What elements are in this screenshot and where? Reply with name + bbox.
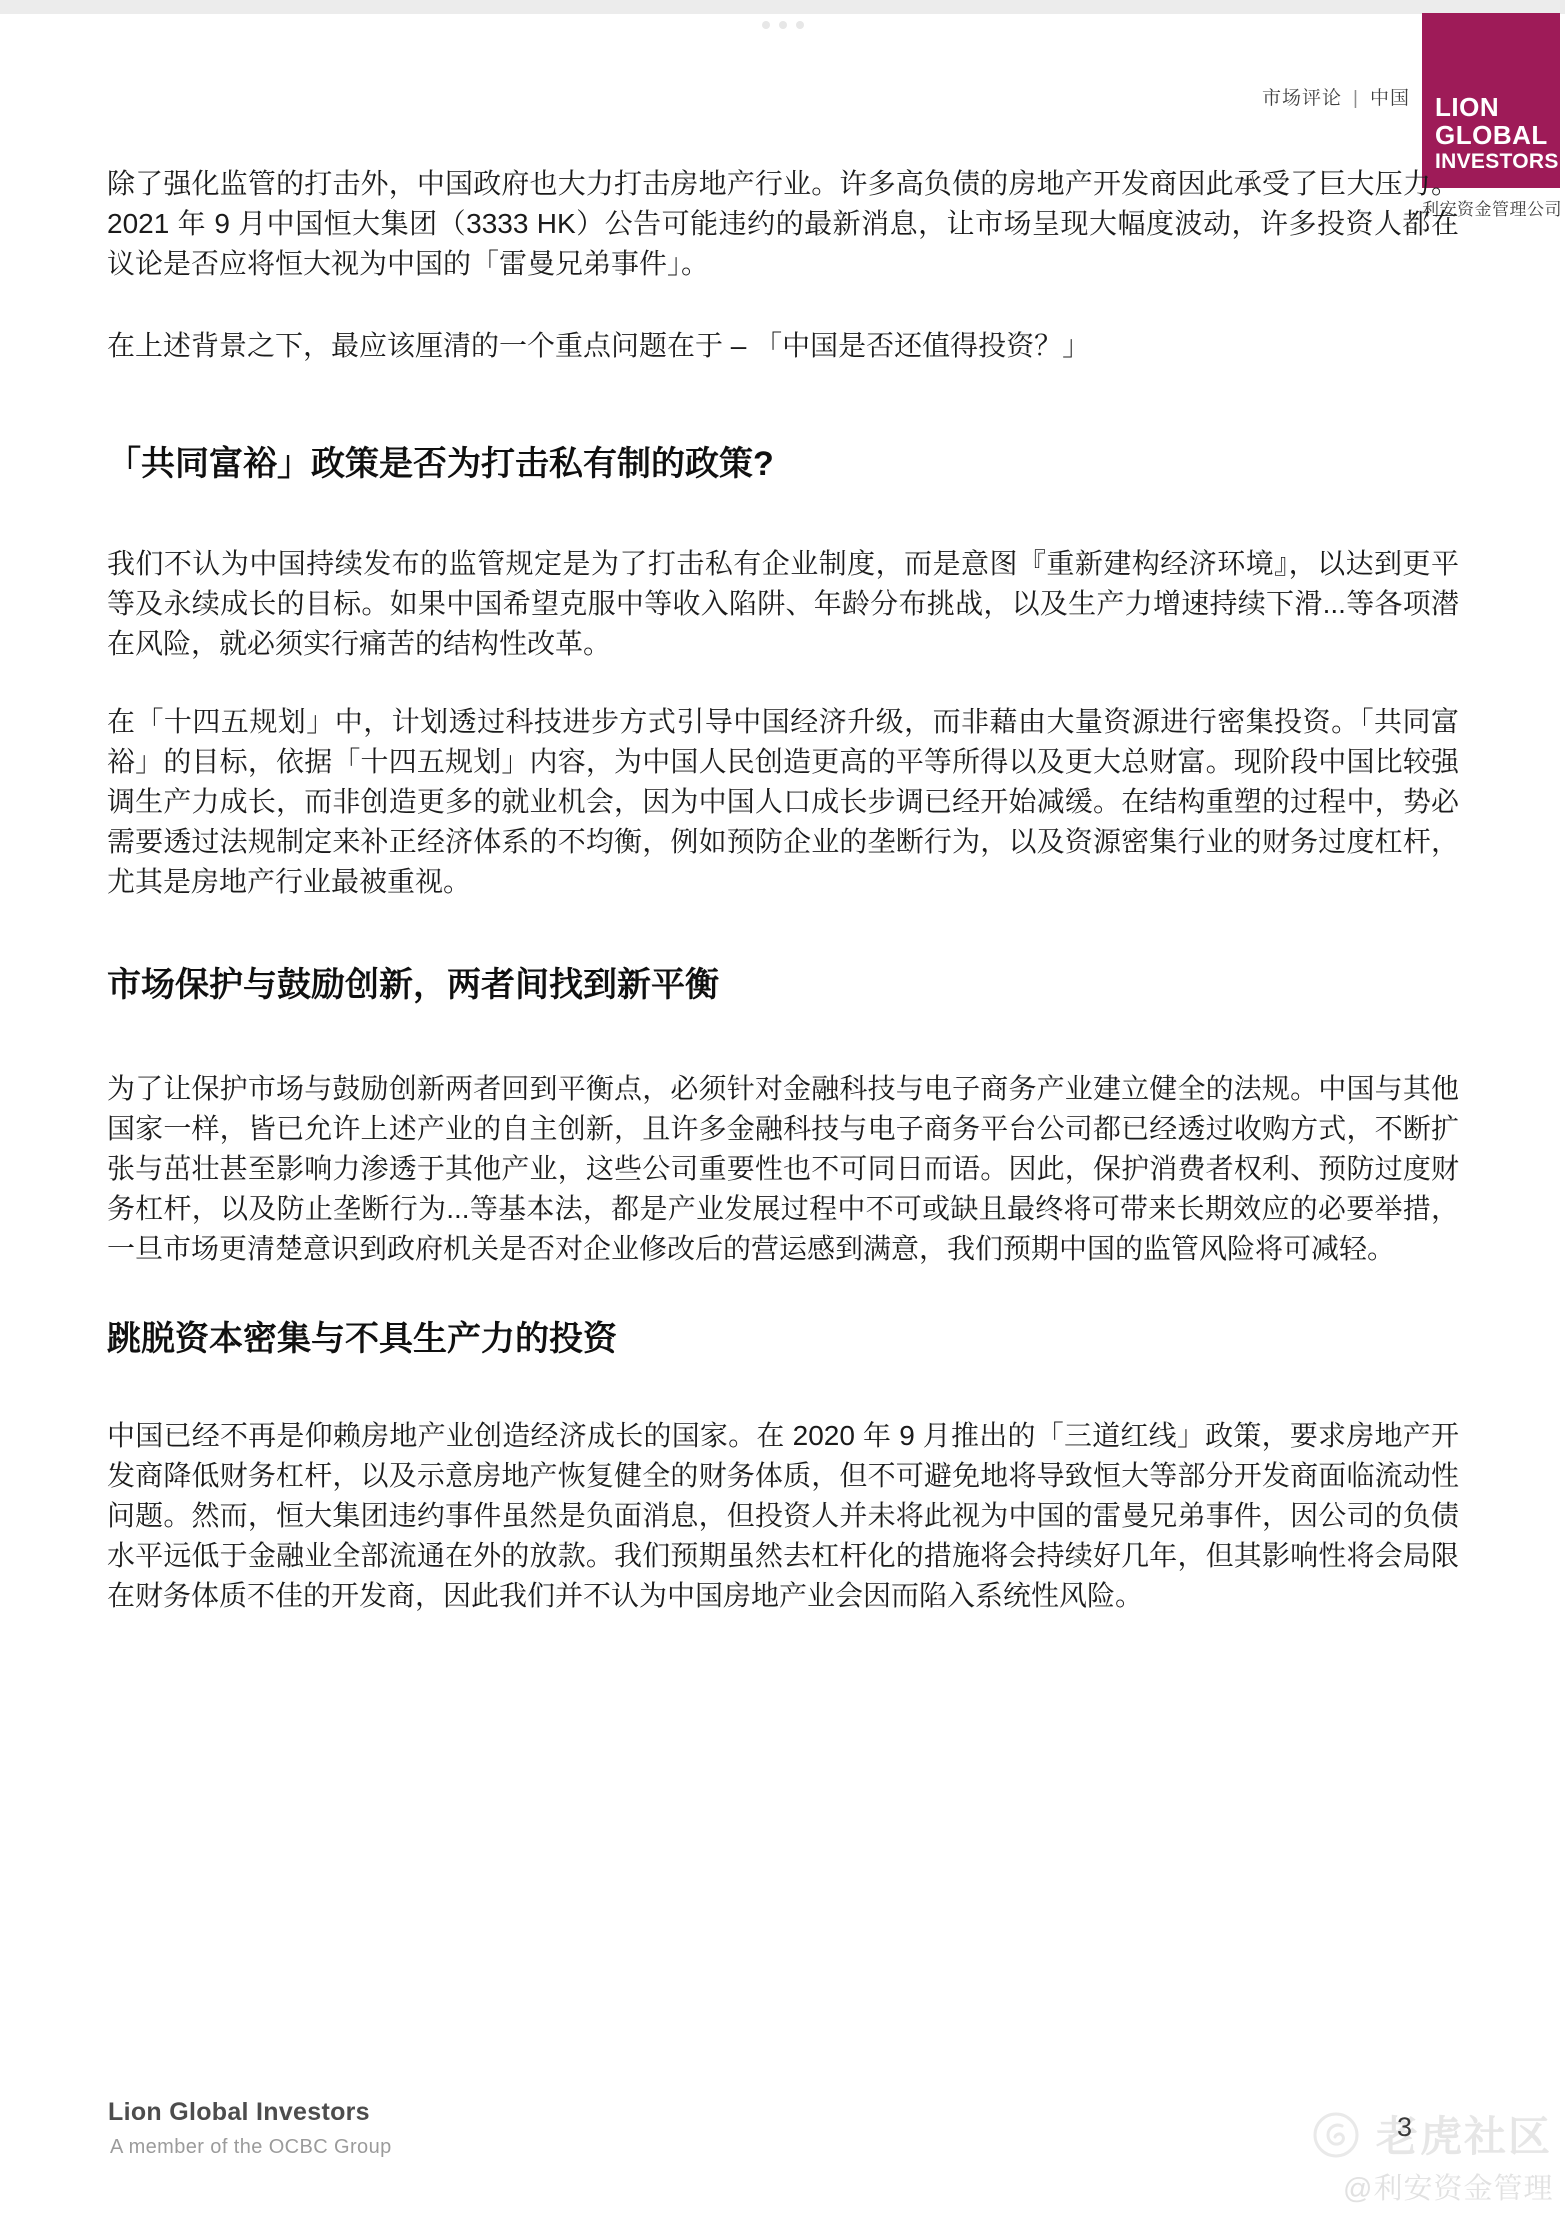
watermark-handle: @利安资金管理 — [1343, 2166, 1553, 2207]
paragraph: 在上述背景之下，最应该厘清的一个重点问题在于 – 「中国是否还值得投资？」 — [107, 326, 1459, 366]
paragraph: 中国已经不再是仰赖房地产业创造经济成长的国家。在 2020 年 9 月推出的「三… — [107, 1416, 1459, 1616]
paragraph: 除了强化监管的打击外，中国政府也大力打击房地产行业。许多高负债的房地产开发商因此… — [107, 164, 1459, 284]
footer-brand: Lion Global Investors — [108, 2098, 370, 2127]
section-heading: 跳脱资本密集与不具生产力的投资 — [107, 1316, 1459, 1362]
section-heading: 市场保护与鼓励创新，两者间找到新平衡 — [107, 962, 1459, 1008]
document-body: 除了强化监管的打击外，中国政府也大力打击房地产行业。许多高负债的房地产开发商因此… — [107, 0, 1459, 1616]
paragraph: 为了让保护市场与鼓励创新两者回到平衡点，必须针对金融科技与电子商务产业建立健全的… — [107, 1069, 1459, 1269]
page-number: 3 — [1397, 2112, 1412, 2143]
section-heading: 「共同富裕」政策是否为打击私有制的政策? — [107, 441, 1459, 487]
tiger-community-logo-icon — [1313, 2112, 1359, 2158]
paragraph: 我们不认为中国持续发布的监管规定是为了打击私有企业制度，而是意图『重新建构经济环… — [107, 544, 1459, 664]
footer-tagline: A member of the OCBC Group — [110, 2136, 392, 2159]
paragraph: 在「十四五规划」中，计划透过科技进步方式引导中国经济升级，而非藉由大量资源进行密… — [107, 702, 1459, 902]
